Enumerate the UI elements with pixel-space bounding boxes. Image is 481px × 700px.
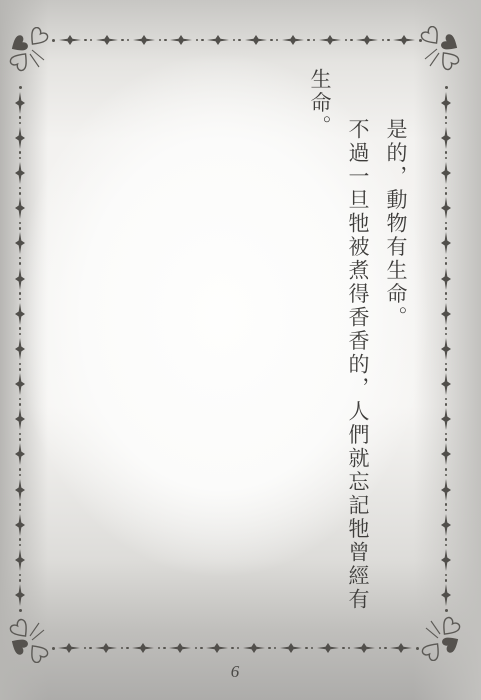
dot-pair-icon	[158, 647, 166, 650]
dot-pair-icon	[19, 222, 22, 230]
sparkle-star-icon	[353, 642, 375, 654]
dot-pair-icon	[382, 39, 390, 42]
dot-pair-icon	[159, 39, 167, 42]
heart-filled-icon	[441, 632, 461, 654]
dot-pair-icon	[19, 257, 22, 265]
heart-butterfly-ornament	[9, 27, 49, 73]
sparkle-star-icon	[14, 408, 26, 430]
heart-butterfly-ornament	[9, 617, 49, 663]
paragraph: 是的，動物有生命。	[377, 68, 415, 634]
sparkle-star-icon	[14, 338, 26, 360]
dot-icon	[416, 647, 419, 650]
body-text: 是的，動物有生命。 不過一旦牠被煮得香香的，人們就忘記牠曾經有生命。	[301, 68, 415, 634]
dot-pair-icon	[84, 647, 92, 650]
dot-pair-icon	[231, 647, 239, 650]
sparkle-star-icon	[440, 162, 452, 184]
sparkle-star-icon	[14, 162, 26, 184]
heart-outline-icon	[26, 641, 49, 663]
sparkle-star-icon	[14, 479, 26, 501]
sparkle-star-icon	[440, 303, 452, 325]
dot-icon	[19, 86, 22, 89]
dot-pair-icon	[121, 39, 129, 42]
dot-pair-icon	[445, 363, 448, 371]
sparkle-star-icon	[245, 34, 267, 46]
sparkle-star-icon	[440, 584, 452, 606]
dot-pair-icon	[270, 39, 278, 42]
sparkle-star-icon	[440, 338, 452, 360]
dot-pair-icon	[445, 327, 448, 335]
sparkle-star-icon	[14, 443, 26, 465]
dot-pair-icon	[19, 187, 22, 195]
heart-outline-icon	[438, 616, 461, 639]
dot-pair-icon	[19, 398, 22, 406]
heart-outline-icon	[26, 27, 49, 49]
sparkle-star-icon	[440, 268, 452, 290]
dot-pair-icon	[19, 538, 22, 546]
heart-butterfly-ornament	[420, 26, 460, 72]
sparkle-star-icon	[440, 408, 452, 430]
sparkle-star-icon	[440, 232, 452, 254]
sparkle-star-icon	[14, 549, 26, 571]
sparkle-star-icon	[440, 479, 452, 501]
dot-icon	[445, 86, 448, 89]
dot-pair-icon	[233, 39, 241, 42]
dot-pair-icon	[445, 257, 448, 265]
dot-pair-icon	[445, 433, 448, 441]
dot-pair-icon	[307, 39, 315, 42]
paragraph: 不過一旦牠被煮得香香的，人們就忘記牠曾經有生命。	[301, 68, 377, 634]
dot-icon	[52, 39, 55, 42]
sparkle-star-icon	[390, 642, 412, 654]
dot-icon	[419, 39, 422, 42]
sparkle-star-icon	[207, 34, 229, 46]
dot-pair-icon	[379, 647, 387, 650]
dot-pair-icon	[19, 292, 22, 300]
border-left	[13, 86, 27, 612]
dot-pair-icon	[305, 647, 313, 650]
dot-pair-icon	[19, 574, 22, 582]
dot-pair-icon	[19, 151, 22, 159]
sparkle-star-icon	[440, 127, 452, 149]
heart-outline-icon	[420, 26, 443, 48]
dot-pair-icon	[342, 647, 350, 650]
dot-pair-icon	[445, 292, 448, 300]
sparkle-star-icon	[132, 642, 154, 654]
heart-outline-icon	[421, 639, 444, 661]
sparkle-star-icon	[393, 34, 415, 46]
sparkle-star-icon	[280, 642, 302, 654]
dot-pair-icon	[445, 574, 448, 582]
sparkle-star-icon	[14, 303, 26, 325]
page-number: 6	[215, 662, 255, 682]
heart-filled-icon	[440, 33, 460, 55]
sparkle-star-icon	[440, 443, 452, 465]
sparkle-star-icon	[356, 34, 378, 46]
sparkle-star-icon	[440, 197, 452, 219]
sparkle-star-icon	[14, 197, 26, 219]
sparkle-star-icon	[96, 34, 118, 46]
dot-pair-icon	[19, 433, 22, 441]
antenna-line	[32, 630, 44, 640]
sparkle-star-icon	[14, 373, 26, 395]
dot-pair-icon	[19, 468, 22, 476]
sparkle-star-icon	[169, 642, 191, 654]
dot-pair-icon	[445, 398, 448, 406]
sparkle-star-icon	[14, 268, 26, 290]
sparkle-star-icon	[14, 584, 26, 606]
dot-icon	[52, 647, 55, 650]
dot-pair-icon	[19, 363, 22, 371]
sparkle-star-icon	[440, 92, 452, 114]
sparkle-star-icon	[14, 514, 26, 536]
sparkle-star-icon	[14, 92, 26, 114]
antenna-line	[426, 628, 438, 638]
sparkle-star-icon	[282, 34, 304, 46]
dot-icon	[19, 609, 22, 612]
antenna-line	[425, 49, 437, 59]
border-top	[52, 33, 422, 47]
dot-pair-icon	[195, 647, 203, 650]
dot-pair-icon	[196, 39, 204, 42]
scanned-book-page: 是的，動物有生命。 不過一旦牠被煮得香香的，人們就忘記牠曾經有生命。 6	[0, 0, 481, 700]
border-right	[439, 86, 453, 612]
sparkle-star-icon	[440, 514, 452, 536]
dot-pair-icon	[19, 327, 22, 335]
heart-filled-icon	[9, 34, 29, 56]
sparkle-star-icon	[319, 34, 341, 46]
dot-pair-icon	[121, 647, 129, 650]
antenna-line	[30, 54, 39, 67]
dot-pair-icon	[345, 39, 353, 42]
heart-outline-icon	[9, 49, 32, 72]
sparkle-star-icon	[59, 34, 81, 46]
border-bottom	[52, 641, 419, 655]
dot-pair-icon	[19, 503, 22, 511]
dot-pair-icon	[445, 187, 448, 195]
antenna-line	[32, 50, 44, 60]
heart-outline-icon	[9, 618, 32, 641]
dot-pair-icon	[445, 468, 448, 476]
dot-pair-icon	[445, 538, 448, 546]
sparkle-star-icon	[206, 642, 228, 654]
sparkle-star-icon	[14, 127, 26, 149]
heart-filled-icon	[9, 634, 29, 656]
sparkle-star-icon	[14, 232, 26, 254]
dot-pair-icon	[268, 647, 276, 650]
antenna-line	[30, 623, 39, 636]
dot-pair-icon	[445, 222, 448, 230]
sparkle-star-icon	[440, 373, 452, 395]
sparkle-star-icon	[243, 642, 265, 654]
antenna-line	[431, 621, 440, 634]
heart-butterfly-ornament	[421, 615, 461, 661]
antenna-line	[430, 53, 439, 66]
sparkle-star-icon	[133, 34, 155, 46]
dot-icon	[445, 609, 448, 612]
dot-pair-icon	[445, 503, 448, 511]
heart-outline-icon	[437, 48, 460, 71]
dot-pair-icon	[445, 151, 448, 159]
sparkle-star-icon	[440, 549, 452, 571]
dot-pair-icon	[19, 116, 22, 124]
sparkle-star-icon	[170, 34, 192, 46]
sparkle-star-icon	[58, 642, 80, 654]
sparkle-star-icon	[317, 642, 339, 654]
dot-pair-icon	[84, 39, 92, 42]
sparkle-star-icon	[95, 642, 117, 654]
dot-pair-icon	[445, 116, 448, 124]
